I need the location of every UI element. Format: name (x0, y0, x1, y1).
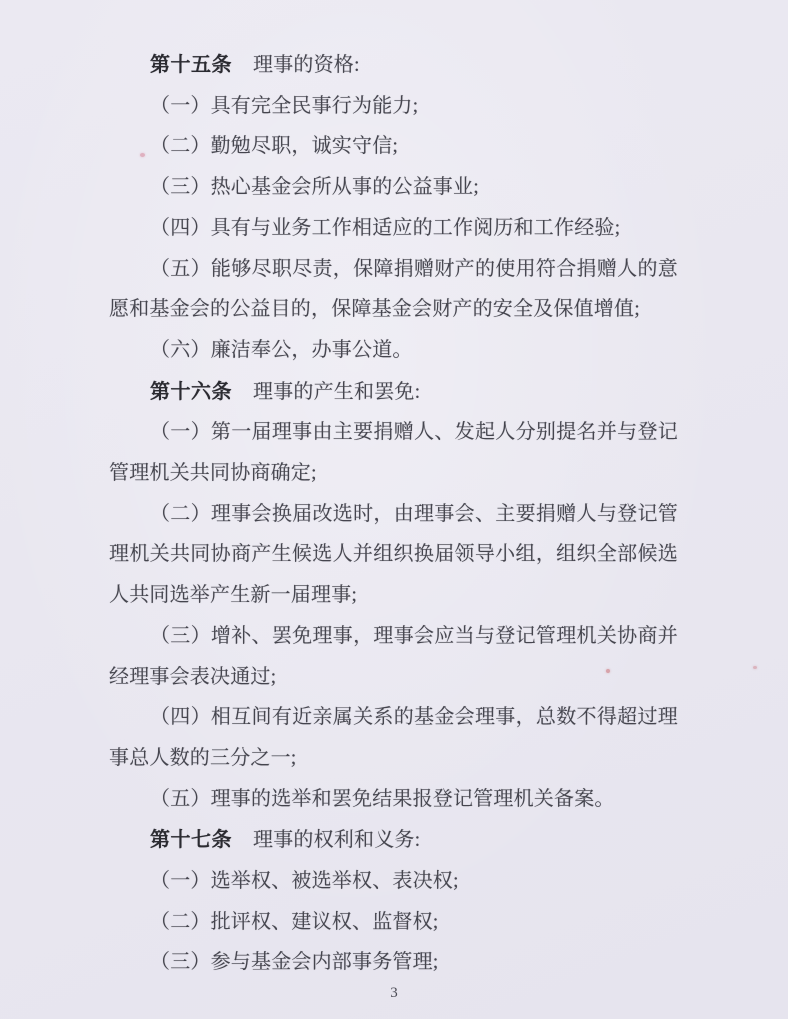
page-number: 3 (0, 985, 788, 1002)
clause: （二）理事会换届改选时，由理事会、主要捐赠人与登记管理机关共同协商产生候选人并组… (109, 494, 678, 616)
article-title: 理事的产生和罢免: (253, 381, 420, 403)
clause: （三）增补、罢免理事，理事会应当与登记管理机关协商并经理事会表决通过; (109, 616, 678, 697)
document-body: 第十五条理事的资格: （一）具有完全民事行为能力; （二）勤勉尽职，诚实守信; … (109, 44, 678, 983)
article-number: 第十五条 (150, 52, 232, 76)
clause: （四）相互间有近亲属关系的基金会理事，总数不得超过理事总人数的三分之一; (109, 697, 678, 778)
clause: （二）批评权、建议权、监督权; (109, 902, 678, 943)
scan-speck (140, 153, 145, 157)
clause: （三）参与基金会内部事务管理; (109, 942, 678, 983)
clause: （一）第一届理事由主要捐赠人、发起人分别提名并与登记管理机关共同协商确定; (109, 412, 678, 493)
clause: （五）能够尽职尽责，保障捐赠财产的使用符合捐赠人的意愿和基金会的公益目的，保障基… (109, 249, 678, 330)
clause: （二）勤勉尽职，诚实守信; (109, 126, 678, 167)
article-heading: 第十五条理事的资格: (109, 44, 678, 86)
article-heading: 第十七条理事的权利和义务: (109, 819, 678, 861)
clause: （三）热心基金会所从事的公益事业; (109, 167, 678, 208)
clause: （一）具有完全民事行为能力; (109, 86, 678, 127)
clause: （五）理事的选举和罢免结果报登记管理机关备案。 (109, 779, 678, 820)
scan-speck (606, 669, 610, 673)
clause: （一）选举权、被选举权、表决权; (109, 861, 678, 902)
article-heading: 第十六条理事的产生和罢免: (109, 371, 678, 413)
article-number: 第十六条 (150, 379, 232, 403)
scanned-document-page: 第十五条理事的资格: （一）具有完全民事行为能力; （二）勤勉尽职，诚实守信; … (0, 0, 788, 1019)
clause: （四）具有与业务工作相适应的工作阅历和工作经验; (109, 208, 678, 249)
article-title: 理事的资格: (253, 54, 360, 76)
article-title: 理事的权利和义务: (253, 829, 420, 851)
clause: （六）廉洁奉公，办事公道。 (109, 330, 678, 371)
scan-speck (753, 666, 757, 669)
article-number: 第十七条 (150, 827, 232, 851)
